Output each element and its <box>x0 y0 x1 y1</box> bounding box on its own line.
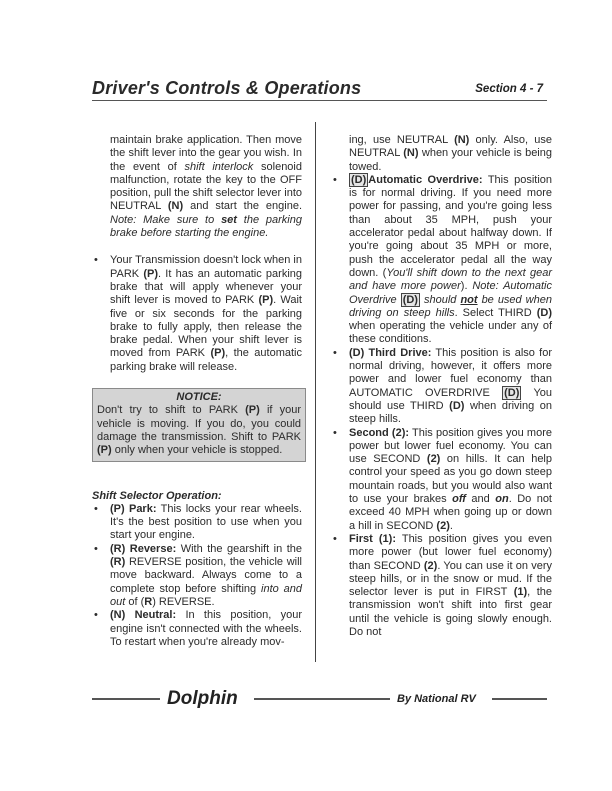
shift-selector-list: •(P) Park: This locks your rear wheels. … <box>92 503 302 649</box>
page-title: Driver's Controls & Operations <box>92 78 361 99</box>
bullet-icon: • <box>94 254 98 267</box>
page-footer: Dolphin By National RV <box>92 688 547 712</box>
footer-rule <box>492 698 547 700</box>
boxed-d-marker: (D) <box>401 293 420 307</box>
transmission-list: •Your Transmission doesn't lock when in … <box>92 254 302 374</box>
intro-paragraph: maintain brake application. Then move th… <box>92 134 302 240</box>
bullet-icon: • <box>94 609 98 622</box>
right-column: ing, use NEUTRAL (N) only. Also, use NEU… <box>331 134 552 639</box>
page-header: Driver's Controls & Operations Section 4… <box>92 78 547 101</box>
notice-text: Don't try to shift to PARK (P) if your v… <box>97 404 301 457</box>
bullet-icon: • <box>94 503 98 516</box>
list-item-first: •First (1): This position gives you even… <box>331 533 552 639</box>
bullet-icon: • <box>333 427 337 440</box>
notice-title: NOTICE: <box>97 391 301 404</box>
shift-selector-heading: Shift Selector Operation: <box>92 490 302 503</box>
footer-rule <box>254 698 390 700</box>
section-number: Section 4 - 7 <box>475 83 543 95</box>
list-item-neutral: •(N) Neutral: In this position, your eng… <box>92 609 302 649</box>
left-column: maintain brake application. Then move th… <box>92 134 302 649</box>
boxed-d-marker: (D) <box>349 173 368 187</box>
bullet-icon: • <box>333 174 337 187</box>
footer-publisher: By National RV <box>397 693 476 705</box>
gear-list: •(D)Automatic Overdrive: This position i… <box>331 174 552 639</box>
footer-brand: Dolphin <box>167 688 238 710</box>
list-item-transmission: •Your Transmission doesn't lock when in … <box>92 254 302 374</box>
boxed-d-marker: (D) <box>502 386 521 400</box>
column-divider <box>315 122 316 662</box>
neutral-continuation: ing, use NEUTRAL (N) only. Also, use NEU… <box>331 134 552 174</box>
notice-box: NOTICE: Don't try to shift to PARK (P) i… <box>92 388 306 461</box>
bullet-icon: • <box>333 347 337 360</box>
list-item-park: •(P) Park: This locks your rear wheels. … <box>92 503 302 543</box>
list-item-overdrive: •(D)Automatic Overdrive: This position i… <box>331 174 552 347</box>
bullet-icon: • <box>94 543 98 556</box>
list-item-second: •Second (2): This position gives you mor… <box>331 427 552 533</box>
bullet-icon: • <box>333 533 337 546</box>
list-item-third: •(D) Third Drive: This position is also … <box>331 347 552 427</box>
footer-rule <box>92 698 160 700</box>
list-item-reverse: •(R) Reverse: With the gearshift in the … <box>92 543 302 609</box>
